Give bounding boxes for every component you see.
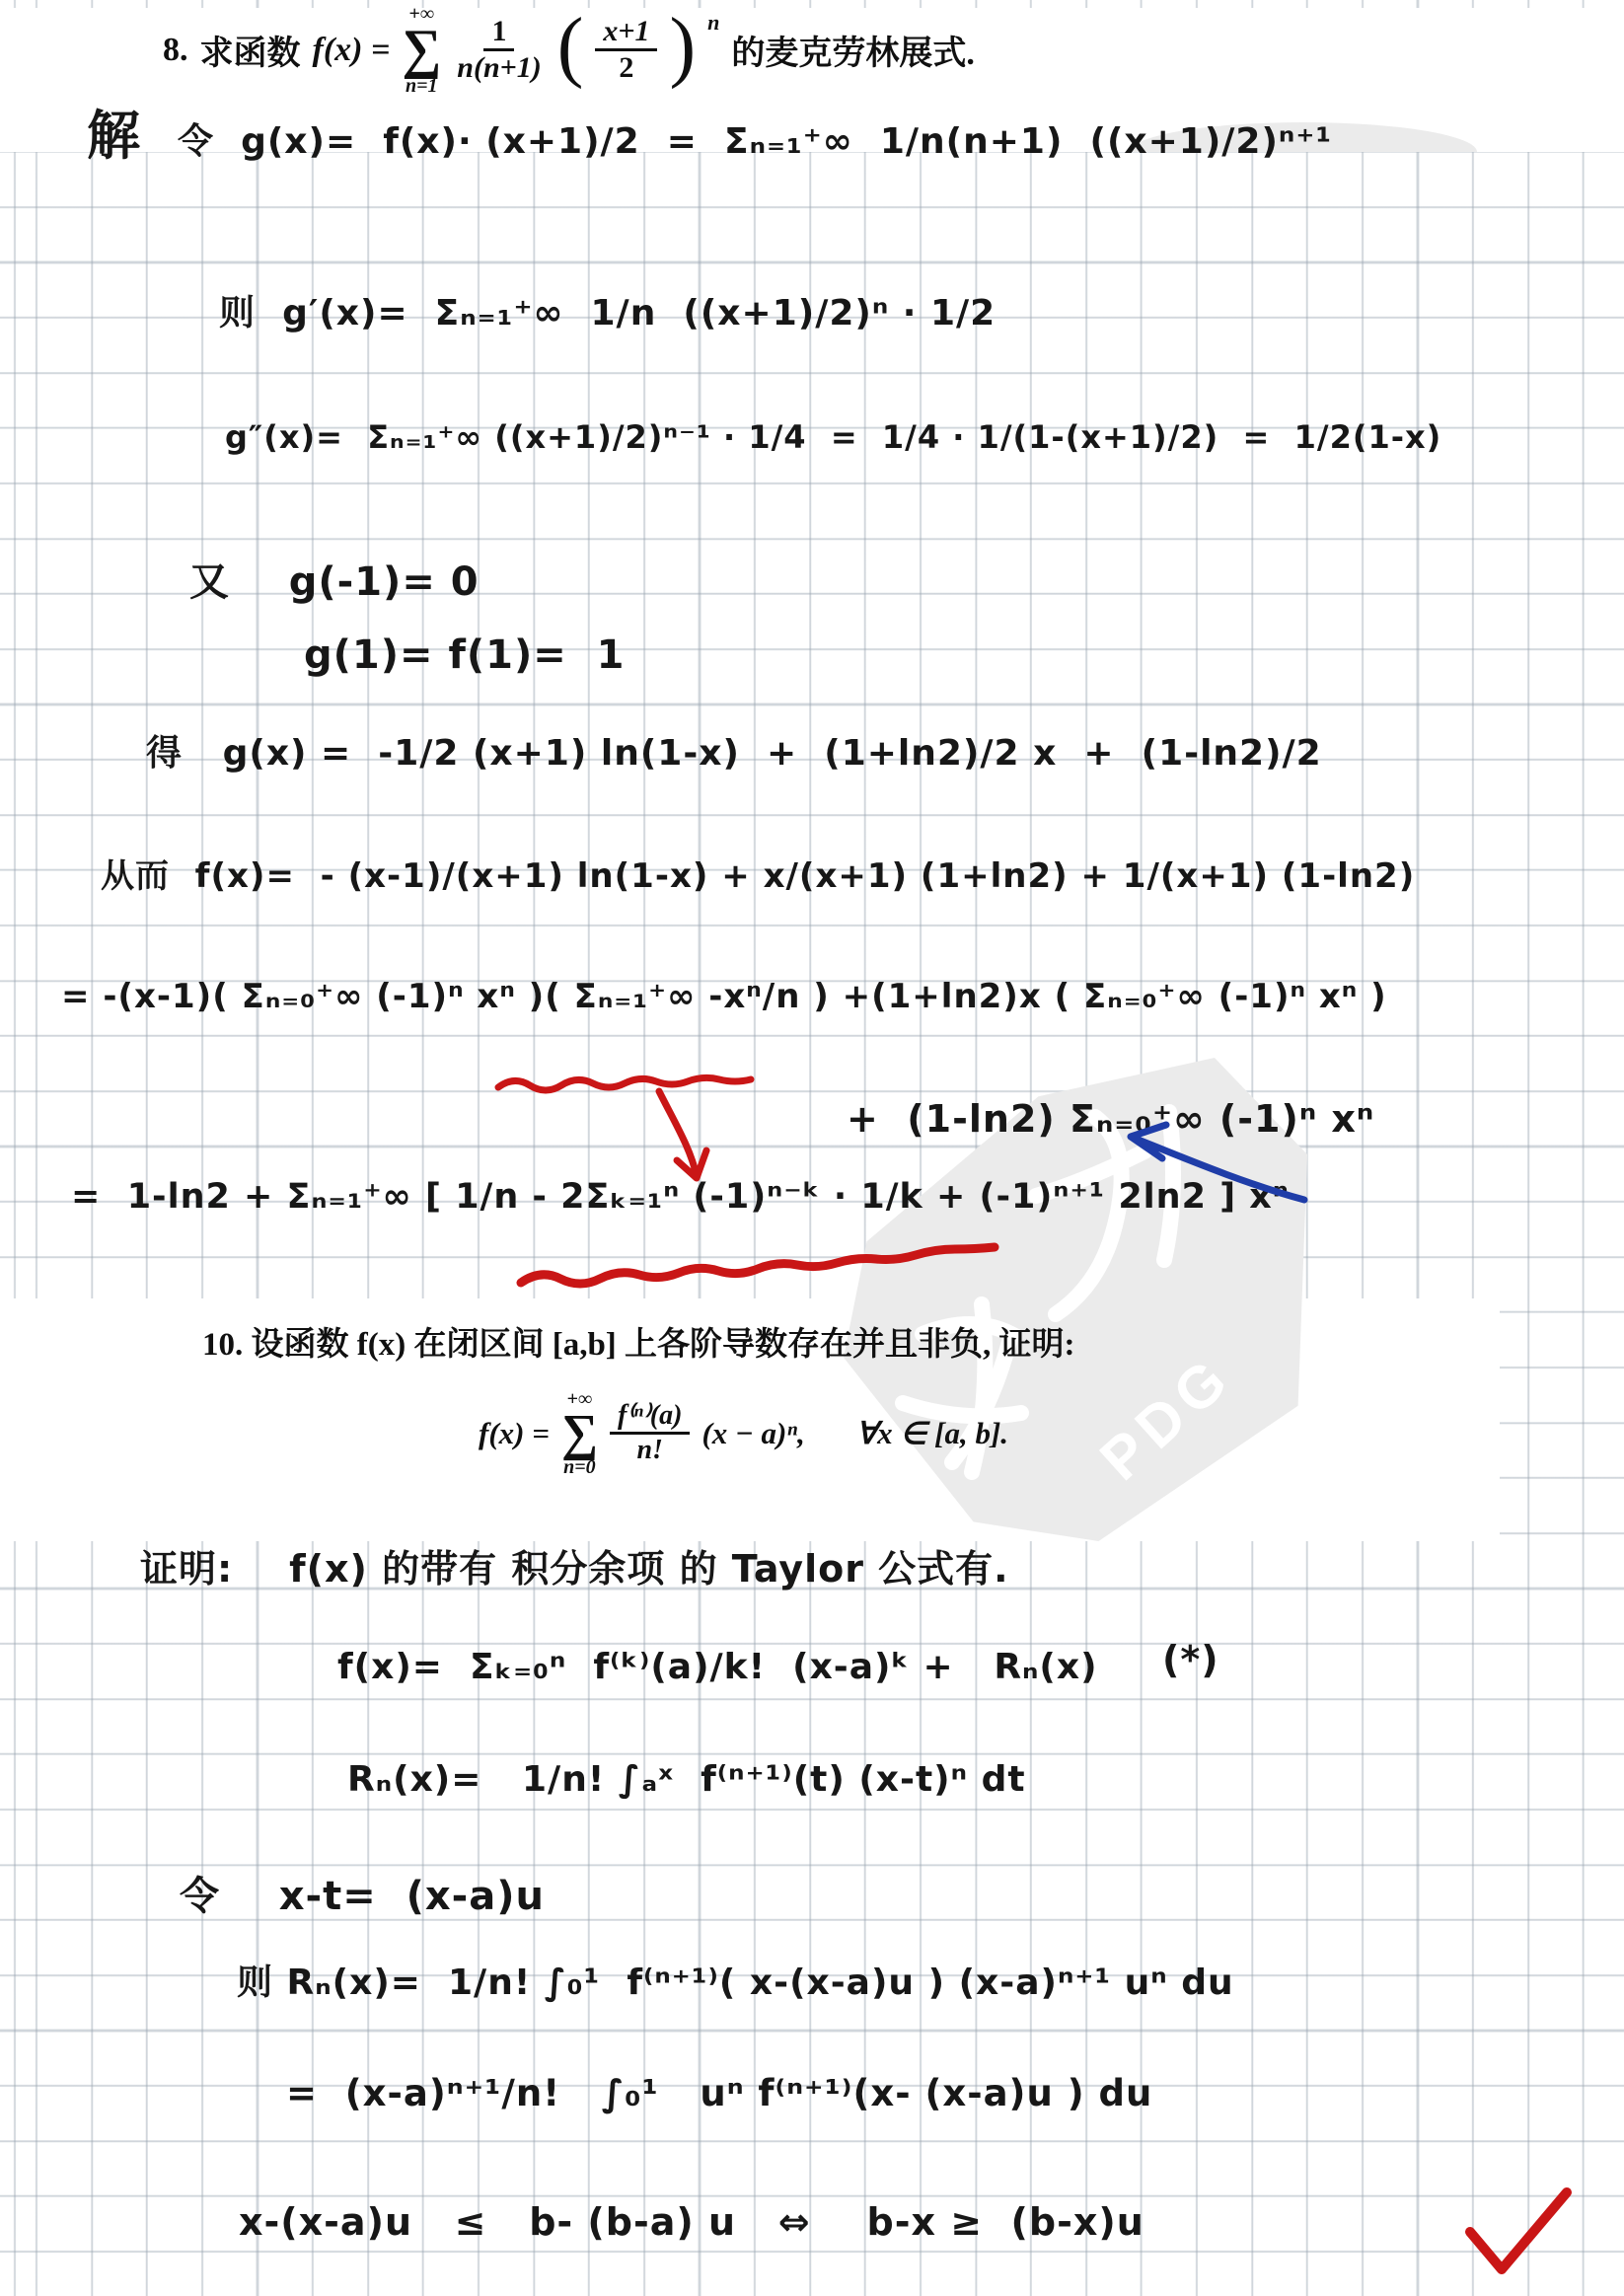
handwritten-line: 令 x-t= (x-a)u (180, 1873, 545, 1920)
handwritten-line: x-(x-a)u ≤ b- (b-a) u ⇔ b-x ≥ (b-x)u (239, 2200, 1144, 2246)
handwritten-line: = 1-ln2 + Σₙ₌₁⁺∞ [ 1/n - 2Σₖ₌₁ⁿ (-1)ⁿ⁻ᵏ … (71, 1176, 1290, 1218)
handwritten-line: 得 g(x) = -1/2 (x+1) ln(1-x) + (1+ln2)/2 … (146, 732, 1322, 775)
notebook-page: 8. 求函数 f(x) = +∞ ∑ n=1 1 n(n+1) ( x+1 2 … (0, 0, 1624, 2296)
handwritten-line: = (x-a)ⁿ⁺¹/n! ∫₀¹ uⁿ f⁽ⁿ⁺¹⁾(x- (x-a)u ) … (286, 2072, 1152, 2115)
handwritten-line: 证明: f(x) 的带有 积分余项 的 Taylor 公式有. (140, 1547, 1009, 1592)
handwritten-line: + (1-ln2) Σₙ₌₀⁺∞ (-1)ⁿ xⁿ (847, 1097, 1374, 1143)
handwritten-line: 解 (87, 105, 141, 169)
handwritten-line: = -(x-1)( Σₙ₌₀⁺∞ (-1)ⁿ xⁿ )( Σₙ₌₁⁺∞ -xⁿ/… (61, 977, 1387, 1017)
handwritten-line: 又 g(-1)= 0 (189, 558, 480, 606)
handwritten-line: 则 Rₙ(x)= 1/n! ∫₀¹ f⁽ⁿ⁺¹⁾( x-(x-a)u ) (x-… (237, 1962, 1234, 2004)
handwritten-line: (*) (1162, 1638, 1219, 1683)
handwritten-line: 令 g(x)= f(x)· (x+1)/2 = Σₙ₌₁⁺∞ 1/n(n+1) … (178, 120, 1332, 163)
handwriting-layer: 解令 g(x)= f(x)· (x+1)/2 = Σₙ₌₁⁺∞ 1/n(n+1)… (0, 0, 1624, 2296)
handwritten-line: g(1)= f(1)= 1 (304, 631, 625, 679)
handwritten-line: 则 g′(x)= Σₙ₌₁⁺∞ 1/n ((x+1)/2)ⁿ · 1/2 (219, 292, 996, 334)
handwritten-line: 从而 f(x)= - (x-1)/(x+1) ln(1-x) + x/(x+1)… (101, 856, 1415, 897)
handwritten-line: Rₙ(x)= 1/n! ∫ₐˣ f⁽ⁿ⁺¹⁾(t) (x-t)ⁿ dt (347, 1758, 1026, 1801)
handwritten-line: f(x)= Σₖ₌₀ⁿ f⁽ᵏ⁾(a)/k! (x-a)ᵏ + Rₙ(x) (337, 1646, 1098, 1688)
handwritten-line: g″(x)= Σₙ₌₁⁺∞ ((x+1)/2)ⁿ⁻¹ · 1/4 = 1/4 ·… (225, 418, 1441, 456)
